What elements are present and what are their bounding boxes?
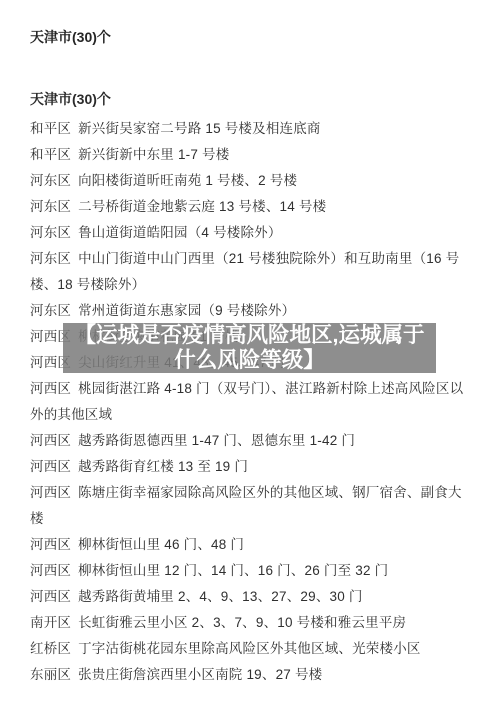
district-label: 河东区 bbox=[30, 251, 71, 266]
district-label: 河东区 bbox=[30, 199, 71, 214]
list-item: 河西区越秀路街黄埔里 2、4、9、13、27、29、30 门 bbox=[30, 584, 472, 610]
district-label: 和平区 bbox=[30, 121, 71, 136]
list-item: 河西区越秀路街恩德西里 1-47 门、恩德东里 1-42 门 bbox=[30, 428, 472, 454]
risk-area-list: 和平区新兴街吴家窑二号路 15 号楼及相连底商和平区新兴街新中东里 1-7 号楼… bbox=[30, 116, 472, 688]
address-text: 桃园街湛江路 4-18 门（双号门）、湛江路新村除上述高风险区以外的其他区域 bbox=[30, 381, 463, 422]
list-item: 河西区桃园街湛江路 4-18 门（双号门）、湛江路新村除上述高风险区以外的其他区… bbox=[30, 376, 472, 428]
list-item: 和平区新兴街吴家窑二号路 15 号楼及相连底商 bbox=[30, 116, 472, 142]
address-text: 越秀路街育红楼 13 至 19 门 bbox=[78, 459, 248, 474]
list-item: 红桥区丁字沽街桃花园东里除高风险区外其他区域、光荣楼小区 bbox=[30, 636, 472, 662]
address-text: 长虹街雅云里小区 2、3、7、9、10 号楼和雅云里平房 bbox=[78, 615, 406, 630]
page-title: 天津市(30)个 bbox=[30, 28, 472, 46]
list-item: 东丽区张贵庄街詹滨西里小区南院 19、27 号楼 bbox=[30, 662, 472, 688]
address-text: 二号桥街道金地紫云庭 13 号楼、14 号楼 bbox=[78, 199, 326, 214]
address-text: 丁字沽街桃花园东里除高风险区外其他区域、光荣楼小区 bbox=[78, 641, 421, 656]
address-text: 新兴街吴家窑二号路 15 号楼及相连底商 bbox=[78, 121, 321, 136]
district-label: 河西区 bbox=[30, 537, 71, 552]
district-label: 东丽区 bbox=[30, 667, 71, 682]
address-text: 常州道街道东惠家园（9 号楼除外） bbox=[78, 303, 295, 318]
district-label: 河东区 bbox=[30, 225, 71, 240]
watermark-overlay: 【运城是否疫情高风险地区,运城属于 什么风险等级】 bbox=[63, 323, 436, 373]
address-text: 向阳楼街道昕旺南苑 1 号楼、2 号楼 bbox=[78, 173, 297, 188]
list-item: 河西区陈塘庄街幸福家园除高风险区外的其他区域、钢厂宿舍、副食大楼 bbox=[30, 480, 472, 532]
list-item: 河东区常州道街道东惠家园（9 号楼除外） bbox=[30, 298, 472, 324]
district-label: 河西区 bbox=[30, 459, 71, 474]
list-item: 河东区向阳楼街道昕旺南苑 1 号楼、2 号楼 bbox=[30, 168, 472, 194]
address-text: 陈塘庄街幸福家园除高风险区外的其他区域、钢厂宿舍、副食大楼 bbox=[30, 485, 462, 526]
district-label: 河东区 bbox=[30, 303, 71, 318]
address-text: 柳林街恒山里 12 门、14 门、16 门、26 门至 32 门 bbox=[78, 563, 388, 578]
watermark-text-line1: 【运城是否疫情高风险地区,运城属于 bbox=[75, 323, 425, 348]
address-text: 中山门街道中山门西里（21 号楼独院除外）和互助南里（16 号楼、18 号楼除外… bbox=[30, 251, 459, 292]
article-page: 天津市(30)个 天津市(30)个 和平区新兴街吴家窑二号路 15 号楼及相连底… bbox=[0, 0, 500, 707]
address-text: 柳林街恒山里 46 门、48 门 bbox=[78, 537, 244, 552]
watermark-text-line2: 什么风险等级】 bbox=[174, 348, 325, 373]
district-label: 河西区 bbox=[30, 485, 71, 500]
list-item: 河西区柳林街恒山里 46 门、48 门 bbox=[30, 532, 472, 558]
address-text: 张贵庄街詹滨西里小区南院 19、27 号楼 bbox=[78, 667, 322, 682]
list-item: 南开区长虹街雅云里小区 2、3、7、9、10 号楼和雅云里平房 bbox=[30, 610, 472, 636]
list-item: 河东区二号桥街道金地紫云庭 13 号楼、14 号楼 bbox=[30, 194, 472, 220]
list-item: 河东区鲁山道街道皓阳园（4 号楼除外） bbox=[30, 220, 472, 246]
list-item: 和平区新兴街新中东里 1-7 号楼 bbox=[30, 142, 472, 168]
address-text: 鲁山道街道皓阳园（4 号楼除外） bbox=[78, 225, 281, 240]
district-label: 河东区 bbox=[30, 173, 71, 188]
list-item: 河西区柳林街恒山里 12 门、14 门、16 门、26 门至 32 门 bbox=[30, 558, 472, 584]
district-label: 河西区 bbox=[30, 563, 71, 578]
district-label: 河西区 bbox=[30, 589, 71, 604]
district-label: 和平区 bbox=[30, 147, 71, 162]
address-text: 越秀路街黄埔里 2、4、9、13、27、29、30 门 bbox=[78, 589, 363, 604]
district-label: 红桥区 bbox=[30, 641, 71, 656]
district-label: 河西区 bbox=[30, 433, 71, 448]
address-text: 新兴街新中东里 1-7 号楼 bbox=[78, 147, 229, 162]
district-label: 河西区 bbox=[30, 381, 71, 396]
address-text: 越秀路街恩德西里 1-47 门、恩德东里 1-42 门 bbox=[78, 433, 355, 448]
section-title: 天津市(30)个 bbox=[30, 90, 472, 108]
district-label: 南开区 bbox=[30, 615, 71, 630]
list-item: 河西区越秀路街育红楼 13 至 19 门 bbox=[30, 454, 472, 480]
list-item: 河东区中山门街道中山门西里（21 号楼独院除外）和互助南里（16 号楼、18 号… bbox=[30, 246, 472, 298]
